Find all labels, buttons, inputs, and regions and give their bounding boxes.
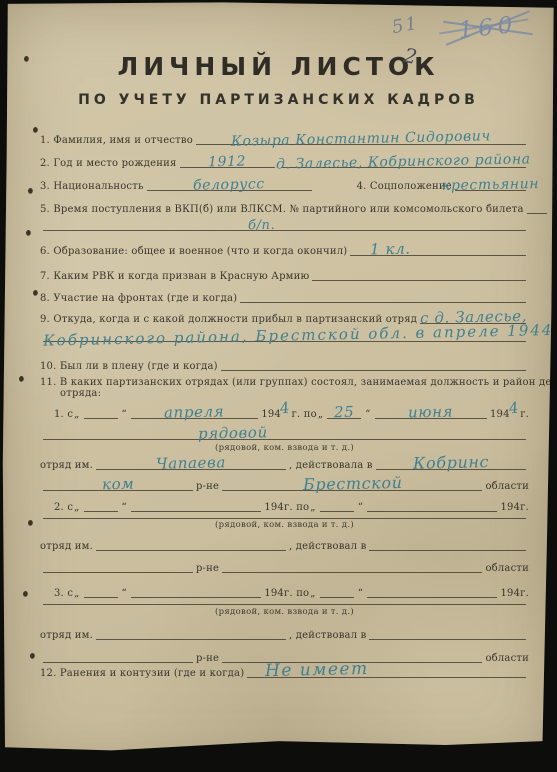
form-subtitle: ПО УЧЕТУ ПАРТИЗАНСКИХ КАДРОВ: [0, 92, 557, 108]
field-1-row: 1. Фамилия, имя и отчество Козыра Конста…: [40, 130, 529, 146]
entry-3-position-line: [43, 592, 526, 605]
g-po-label: г. по: [292, 409, 317, 420]
field-5-label: 5. Время поступления в ВКП(б) или ВЛКСМ.…: [40, 204, 524, 215]
quote-close: “: [122, 409, 127, 420]
entry-1-from-month-line: апреля: [131, 404, 258, 419]
crossed-out-number-text: 160: [445, 6, 530, 50]
entry-1-unit-line: Чапаева: [96, 455, 286, 470]
entry-2-oblast-line: [222, 558, 482, 573]
field-4-label: 4. Соцположение: [357, 181, 452, 192]
entry-3-acted-line: [369, 625, 526, 640]
entry-1-from-year: 4: [279, 400, 291, 416]
year-printed: 194: [261, 409, 281, 420]
field-8-label: 8. Участие на фронтах (где и когда): [40, 293, 237, 304]
field-5-continuation-line: б/п.: [43, 216, 526, 231]
field-2-year-line: 1912: [180, 153, 275, 168]
paper-hole: [19, 376, 24, 382]
year-printed: 194: [490, 409, 510, 420]
entry-1-to-day-line: 25: [327, 404, 361, 419]
entry-1-district-row: ком р-не Брестской области: [40, 476, 529, 492]
quote-close: “: [365, 409, 370, 420]
otryad-im-label: отряд им.: [40, 460, 93, 471]
oblast-label: области: [485, 563, 529, 574]
pencil-page-number: 51: [390, 13, 420, 38]
entry-1-number: 1. с: [54, 409, 73, 420]
entry-1-dates-row: 1. с „ “ апреля 194 4 г. по „ 25 “ июня …: [54, 404, 529, 420]
paper-hole: [23, 591, 28, 597]
entry-1-unit: Чапаева: [156, 455, 226, 471]
rne-label: р-не: [196, 563, 219, 574]
entry-1-acted: Кобринс: [413, 454, 489, 472]
document-paper: 51 160 ЛИЧНЫЙ ЛИСТОК 2 ПО УЧЕТУ ПАРТИЗАН…: [0, 0, 557, 772]
field-9-label: 9. Откуда, когда и с какой должности при…: [40, 314, 417, 325]
entry-1-unit-row: отряд им. Чапаева , действовала в Кобрин…: [40, 455, 529, 471]
field-1-value: Козыра Константин Сидорович: [231, 129, 491, 148]
field-8-line: [240, 288, 526, 303]
entry-1-position-hint: (рядовой, ком. взвода и т. д.): [40, 443, 529, 453]
form-title: ЛИЧНЫЙ ЛИСТОК: [0, 52, 557, 81]
g-label: г.: [520, 409, 529, 420]
field-2-label: 2. Год и место рождения: [40, 158, 177, 169]
paper-hole: [33, 127, 38, 133]
entry-3-position-row: [40, 592, 529, 606]
field-3-4-row: 3. Национальность белорусс 4. Соцположен…: [40, 176, 529, 192]
oblast-label: области: [485, 481, 529, 492]
entry-1-district-line: ком: [43, 476, 193, 491]
field-3-value: белорусс: [193, 177, 265, 192]
otryad-im-label: отряд им.: [40, 541, 93, 552]
field-10-row: 10. Был ли в плену (где и когда): [40, 356, 529, 372]
paper-hole: [26, 230, 31, 236]
entry-2-position-hint: (рядовой, ком. взвода и т. д.): [40, 520, 529, 530]
entry-1-to-day: 25: [334, 405, 355, 420]
paper-hole: [33, 290, 38, 296]
entry-1-to-month: июня: [408, 405, 453, 421]
field-11-row: 11. В каких партизанских отрядах (или гр…: [40, 377, 529, 399]
entry-1-position: рядовой: [198, 425, 268, 441]
field-10-line: [221, 356, 526, 371]
field-1-line: Козыра Константин Сидорович: [196, 130, 526, 145]
entry-1-from-day-line: [84, 404, 118, 419]
entry-3-district-line: [43, 648, 193, 663]
field-11-label2: отряда:: [60, 388, 529, 399]
entry-2-unit-line: [96, 536, 286, 551]
entry-1-oblast: Брестской: [302, 475, 402, 493]
field-11-label: 11. В каких партизанских отрядах (или гр…: [40, 377, 529, 388]
field-6-line: 1 кл.: [350, 241, 526, 256]
field-12-row: 12. Ранения и контузии (где и когда) Не …: [40, 663, 529, 679]
field-9-continuation-line: Кобринского района, Брестской обл. в апр…: [43, 327, 526, 342]
field-6-row: 6. Образование: общее и военное (что и к…: [40, 241, 529, 257]
quote-open: „: [318, 409, 323, 420]
field-8-row: 8. Участие на фронтах (где и когда): [40, 288, 529, 304]
entry-2-acted-label: , действовал в: [289, 541, 366, 552]
paper-hole: [30, 653, 35, 659]
entry-1-to-month-line: июня: [375, 404, 487, 419]
entry-3-acted-label: , действовал в: [289, 630, 366, 641]
entry-2-acted-line: [369, 536, 526, 551]
paper-hole: [28, 188, 33, 194]
field-6-value: 1 кл.: [370, 242, 411, 258]
field-12-line: Не имеет: [247, 663, 526, 678]
entry-1-to-year: 4: [508, 400, 520, 416]
rne-label: р-не: [196, 481, 219, 492]
entry-1-acted-label: , действовала в: [289, 460, 373, 471]
entry-3-unit-line: [96, 625, 286, 640]
field-2-place-line: д. Залесье, Кобринского района: [281, 153, 526, 168]
crossed-out-number: 160: [445, 6, 530, 50]
field-3-line: белорусс: [147, 176, 312, 191]
field-1-label: 1. Фамилия, имя и отчество: [40, 135, 193, 146]
field-6-label: 6. Образование: общее и военное (что и к…: [40, 246, 347, 257]
entry-3-position-hint: (рядовой, ком. взвода и т. д.): [40, 607, 529, 617]
field-10-label: 10. Был ли в плену (где и когда): [40, 361, 218, 372]
entry-1-position-line: рядовой: [43, 425, 526, 440]
field-2-place: д. Залесье, Кобринского района: [276, 152, 531, 171]
entry-2-unit-row: отряд им. , действовал в: [40, 536, 529, 552]
field-5-row: 5. Время поступления в ВКП(б) или ВЛКСМ.…: [40, 199, 529, 215]
field-2-row: 2. Год и место рождения 1912 д. Залесье,…: [40, 153, 529, 169]
quote-open: „: [74, 409, 79, 420]
field-7-row: 7. Каким РВК и когда призван в Красную А…: [40, 266, 529, 282]
entry-2-district-row: р-не области: [40, 558, 529, 574]
field-9-continuation-row: Кобринского района, Брестской обл. в апр…: [40, 327, 529, 343]
field-12-value: Не имеет: [265, 661, 369, 680]
entry-1-oblast-line: Брестской: [222, 476, 482, 491]
field-4-line: крестьянин: [455, 176, 526, 191]
paper-hole: [28, 520, 33, 526]
field-5-continuation-row: б/п.: [40, 216, 529, 232]
field-9-value-line2: Кобринского района, Брестской обл. в апр…: [43, 322, 557, 348]
field-2-year: 1912: [208, 155, 246, 170]
entry-1-from-month: апреля: [164, 404, 224, 420]
entry-1-acted-line: Кобринс: [376, 455, 526, 470]
entry-3-unit-row: отряд им. , действовал в: [40, 625, 529, 641]
entry-2-district-line: [43, 558, 193, 573]
field-5-line: [527, 199, 547, 214]
otryad-im-label: отряд им.: [40, 630, 93, 641]
paper-hole: [24, 56, 29, 62]
field-3-label: 3. Национальность: [40, 181, 144, 192]
field-12-label: 12. Ранения и контузии (где и когда): [40, 668, 244, 679]
entry-1-position-row: рядовой: [40, 425, 529, 441]
entry-2-position-line: [43, 506, 526, 519]
field-7-label: 7. Каким РВК и когда призван в Красную А…: [40, 271, 309, 282]
field-4-value: крестьянин: [442, 177, 539, 193]
entry-1-district: ком: [102, 477, 135, 493]
field-7-line: [312, 266, 526, 281]
field-5-value: б/п.: [248, 219, 276, 233]
entry-2-position-row: [40, 506, 529, 520]
